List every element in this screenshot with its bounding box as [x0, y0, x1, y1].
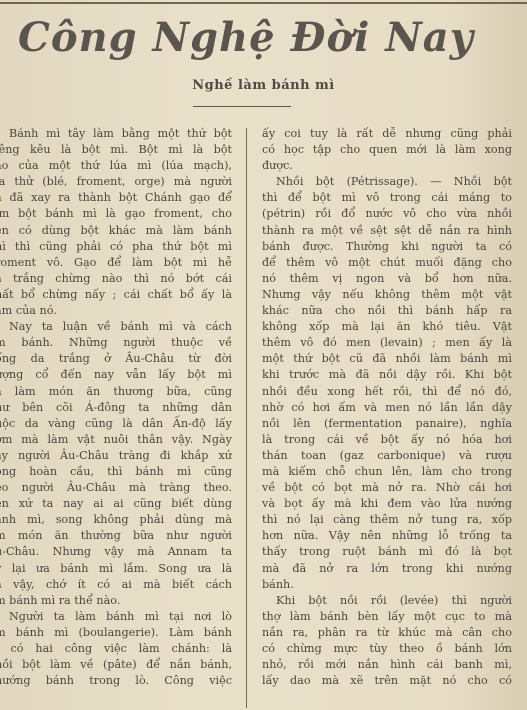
text-line: bánh.	[262, 577, 512, 593]
text-line: nhờ có hơi ấm và men nó lần lần dậy	[262, 400, 512, 416]
text-line: nướng bánh trong lò. Công việc	[0, 673, 232, 689]
column-divider	[246, 128, 247, 708]
text-line: ong hoàn cầu, thì bánh mì cũng	[0, 464, 232, 480]
text-line: và bọt ấy mà khi đem vào lửa nướng	[262, 496, 512, 512]
text-line: a vậy, chớ ít có ai mà biết cách	[0, 577, 232, 593]
text-line: nồi bột làm về (pâte) để nắn bánh,	[0, 657, 232, 673]
right-column: ấy coi tuy là rất dễ nhưng cũng phải có …	[262, 126, 512, 689]
text-line: i có hai công việc làm chánh: là	[0, 641, 232, 657]
text-line: ám của nó.	[0, 303, 232, 319]
text-line: thì nó lại càng thêm nở tung ra, xốp	[262, 512, 512, 528]
text-line: y lại ưa bánh mì lắm. Song ưa là	[0, 561, 232, 577]
text-line: ên có dùng bột khác mà làm bánh	[0, 223, 232, 239]
left-column: Bánh mì tây làm bằng một thứ bột iêng kê…	[0, 126, 232, 689]
text-line: là trong cái về bột ấy nó hóa hơi	[262, 432, 512, 448]
text-line: khi trước mà đã nồi dậy rồi. Khi bột	[262, 367, 512, 383]
text-line: uộc da vàng cũng là dân Ấn-độ lấy	[0, 416, 232, 432]
text-line: ơm mà làm vật nuôi thân vậy. Ngày	[0, 432, 232, 448]
text-line: hư bên cõi Á-đông ta những dân	[0, 400, 232, 416]
text-line: ống da trắng ở Âu-Châu từ đời	[0, 351, 232, 367]
text-line: ım bột bánh mì là gạo froment, cho	[0, 206, 232, 222]
text-line: Người ta làm bánh mì tại nơi lò	[0, 609, 232, 625]
text-line: có chừng mực tùy theo ồ bánh lớn	[262, 641, 512, 657]
text-line: thành ra một về sệt sệt dễ nắn ra hình	[262, 223, 512, 239]
text-line: nắn ra, phân ra từ khúc mà cân cho	[262, 625, 512, 641]
text-line: lấy dao mà xẽ trên mặt nó cho có	[262, 673, 512, 689]
text-line: m bánh mì (boulangerie). Làm bánh	[0, 625, 232, 641]
text-line: không xốp mà lại ăn khó tiêu. Vật	[262, 319, 512, 335]
text-line: eo người Âu-Châu mà tràng theo.	[0, 480, 232, 496]
page-title: Công Nghệ Đời Nay	[18, 14, 488, 61]
text-line: nhỏ, rồi mới nắn hình cái banh mì,	[262, 657, 512, 673]
text-line: Nhồi bột (Pétrissage). — Nhồi bột	[262, 174, 512, 190]
top-rule	[0, 2, 527, 4]
text-line: thợ làm bánh bèn lấy một cục to mà	[262, 609, 512, 625]
text-line: u-Châu. Nhưng vậy mà Annam ta	[0, 544, 232, 560]
text-line: một thứ bột cũ đã nhồi làm bánh mì	[262, 351, 512, 367]
text-line: mà đã nở ra lớn trong khi nướng	[262, 561, 512, 577]
text-line: có học tập cho quen mới là làm xong	[262, 142, 512, 158]
text-line: nồi lên (fermentation panaire), nghĩa	[262, 416, 512, 432]
article-subtitle: Nghề làm bánh mì	[0, 78, 527, 93]
text-line: được.	[262, 158, 512, 174]
text-line: mà kiếm chỗ chun lên, làm cho trong	[262, 464, 512, 480]
text-line: m bánh mì ra thể nào.	[0, 593, 232, 609]
text-line: a đã xay ra thành bột Chánh gạo để	[0, 190, 232, 206]
subtitle-rule	[193, 106, 291, 107]
text-line: ía thử (blé, froment, orge) mà người	[0, 174, 232, 190]
text-line: à làm món ăn thương bữa, cũng	[0, 384, 232, 400]
text-line: m món ăn thường bữa như người	[0, 528, 232, 544]
text-line: khác nữa cho nồi thì bánh hấp ra	[262, 303, 512, 319]
text-line: ánh mì, song không phải dùng mà	[0, 512, 232, 528]
text-line: ấy coi tuy là rất dễ nhưng cũng phải	[262, 126, 512, 142]
text-line: nó thêm vị ngon và bổ hơn nữa.	[262, 271, 512, 287]
text-line: thán toan (gaz carbonique) và rượu	[262, 448, 512, 464]
text-line: để thêm vô một chút muối đặng cho	[262, 255, 512, 271]
text-line: roment vô. Gạo để làm bột mì hễ	[0, 255, 232, 271]
text-line: ay người Âu-Châu tràng đi khắp xứ	[0, 448, 232, 464]
text-line: iêng kêu là bột mì. Bột mì là bột	[0, 142, 232, 158]
text-line: thì để bột mì vô trong cái máng to	[262, 190, 512, 206]
text-line: Nhưng vậy nếu không thêm một vật	[262, 287, 512, 303]
text-line: hất bổ chừng nấy ; cái chất bổ ấy là	[0, 287, 232, 303]
text-line: bánh được. Thường khi người ta có	[262, 239, 512, 255]
text-line: m bánh. Những người thuộc về	[0, 335, 232, 351]
text-line: ên xứ ta nay ai ai cũng biết dùng	[0, 496, 232, 512]
text-line: ạo của một thứ lúa mì (lúa mạch),	[0, 158, 232, 174]
text-line: ã trắng chừng nào thì nó bớt cái	[0, 271, 232, 287]
text-line: ượng cổ đến nay vẫn lấy bột mì	[0, 367, 232, 383]
newspaper-page: Công Nghệ Đời Nay Nghề làm bánh mì Bánh …	[0, 0, 527, 710]
text-line: nhồi đều xong hết rồi, thì để nó đó,	[262, 384, 512, 400]
text-line: Bánh mì tây làm bằng một thứ bột	[0, 126, 232, 142]
text-line: thấy trong ruột bánh mì đó là bọt	[262, 544, 512, 560]
text-line: về bột có bọt mà nở ra. Nhờ cái hơi	[262, 480, 512, 496]
text-line: hơn nữa. Vậy nên những lỗ trống ta	[262, 528, 512, 544]
text-line: Khi bột nồi rồi (levée) thì người	[262, 593, 512, 609]
text-line: thêm vô đó men (levain) ; men ấy là	[262, 335, 512, 351]
text-line: nì thì cũng phải có pha thứ bột mì	[0, 239, 232, 255]
text-line: Nay ta luận về bánh mì và cách	[0, 319, 232, 335]
text-line: (pétrin) rồi đổ nước vô cho vừa nhồi	[262, 206, 512, 222]
